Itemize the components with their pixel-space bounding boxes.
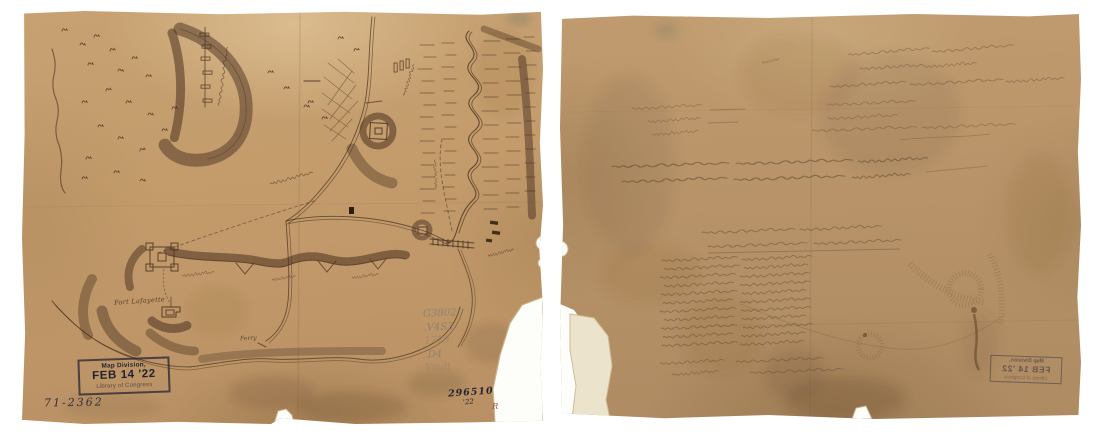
house-symbol xyxy=(349,207,354,214)
map-recto-sheet: Fort Lafayette Ferry Map Division, FEB 1… xyxy=(22,11,543,424)
call-number-line: Vault xyxy=(425,360,459,375)
hill-hachures-north xyxy=(165,29,246,160)
call-number-line: .V4S3 xyxy=(423,320,457,335)
drip-stain-head xyxy=(971,307,977,313)
illegible-script-label xyxy=(400,64,418,95)
ink-smudge xyxy=(655,23,677,37)
accession-year: '22 xyxy=(463,398,474,407)
encampment-symbols-northeast xyxy=(394,59,409,72)
call-number-line: .D4 xyxy=(424,347,458,362)
fold-crease-vertical xyxy=(298,13,300,421)
handwriting-block-heading xyxy=(702,225,902,253)
negative-number: 71-2362 xyxy=(44,395,104,409)
scanned-map-canvas: Fort Lafayette Ferry Map Division, FEB 1… xyxy=(0,0,1100,442)
stamp-library-line: Library of Congress xyxy=(83,381,165,391)
woods-crosshatch xyxy=(322,59,358,141)
stamp-library-line: Library of Congress xyxy=(993,373,1059,380)
corner-mark: R xyxy=(492,402,498,412)
ferry-label: Ferry xyxy=(240,335,257,343)
library-of-congress-stamp-offset: Map Division, FEB 14 '22 Library of Cong… xyxy=(990,355,1063,384)
creek-line xyxy=(52,49,65,193)
ferry-mark xyxy=(258,343,266,347)
call-number: G3802 .V4S3 1779 .D4 Vault xyxy=(423,306,459,375)
building-symbols-east xyxy=(486,220,500,242)
fortification-line xyxy=(168,251,406,280)
illegible-script-label xyxy=(488,249,515,257)
road-fork xyxy=(266,216,450,343)
causeway-bridge xyxy=(430,238,474,249)
call-number-line: 1779 xyxy=(424,333,458,348)
red-spot xyxy=(863,333,867,337)
library-of-congress-stamp: Map Division, FEB 14 '22 Library of Cong… xyxy=(77,356,170,395)
ink-smudge xyxy=(506,13,532,25)
illegible-script-label xyxy=(269,172,313,185)
map-verso-sheet: Map Division, FEB 14 '22 Library of Cong… xyxy=(560,14,1081,419)
dashed-path-east xyxy=(440,139,452,231)
fold-crease-horizontal xyxy=(26,202,540,207)
fort-west xyxy=(129,243,179,287)
call-number-line: G3802 xyxy=(423,306,457,321)
hill-hachures-southwest xyxy=(83,279,196,351)
